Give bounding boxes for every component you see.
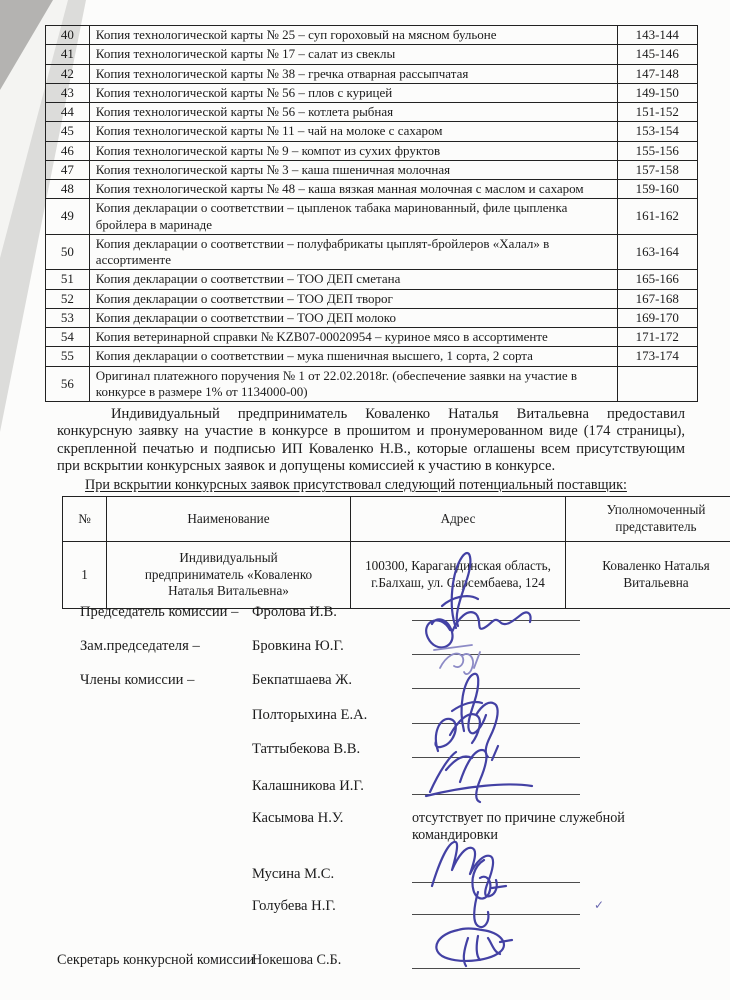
- row-pages: 155-156: [617, 141, 698, 160]
- row-pages: 167-168: [617, 289, 698, 308]
- row-description: Копия декларации о соответствии – ТОО ДЕ…: [89, 289, 617, 308]
- commission-role-label: Члены комиссии –: [80, 672, 252, 689]
- row-number: 42: [46, 64, 90, 83]
- row-number: 41: [46, 45, 90, 64]
- member-name: Мусина М.С.: [252, 866, 412, 883]
- table-row: 49Копия декларации о соответствии – цыпл…: [46, 199, 698, 235]
- member-name: Полторыхина Е.А.: [252, 707, 412, 724]
- row-description: Копия технологической карты № 11 – чай н…: [89, 122, 617, 141]
- row-number: 54: [46, 328, 90, 347]
- row-number: 53: [46, 308, 90, 327]
- table-row: 48Копия технологической карты № 48 – каш…: [46, 180, 698, 199]
- table-row: 46Копия технологической карты № 9 – комп…: [46, 141, 698, 160]
- member-name: Касымова Н.У.: [252, 810, 412, 827]
- row-description: Копия декларации о соответствии – ТОО ДЕ…: [89, 308, 617, 327]
- table-row: 56Оригинал платежного поручения № 1 от 2…: [46, 366, 698, 402]
- member-name: Таттыбекова В.В.: [252, 741, 412, 758]
- header-representative: Уполномоченный представитель: [566, 497, 730, 542]
- member-name: Калашникова И.Г.: [252, 778, 412, 795]
- member-name: Бекпатшаева Ж.: [252, 672, 412, 689]
- row-pages: 149-150: [617, 83, 698, 102]
- row-number: 51: [46, 270, 90, 289]
- table-row: 47Копия технологической карты № 3 – каша…: [46, 160, 698, 179]
- member-name: Фролова И.В.: [252, 604, 412, 621]
- row-pages: 145-146: [617, 45, 698, 64]
- table-row: 45Копия технологической карты № 11 – чай…: [46, 122, 698, 141]
- header-number: №: [63, 497, 107, 542]
- commission-role-label: Председатель комиссии –: [80, 604, 252, 621]
- row-description: Копия технологической карты № 56 – плов …: [89, 83, 617, 102]
- supplier-header-row: № Наименование Адрес Уполномоченный пред…: [63, 497, 730, 542]
- member-name: Бровкина Ю.Г.: [252, 638, 412, 655]
- row-number: 56: [46, 366, 90, 402]
- table-row: 54Копия ветеринарной справки № KZB07-000…: [46, 328, 698, 347]
- row-description: Копия декларации о соответствии – мука п…: [89, 347, 617, 366]
- row-number: 47: [46, 160, 90, 179]
- row-number: 40: [46, 26, 90, 45]
- member-name: Голубева Н.Г.: [252, 898, 412, 915]
- row-description: Копия декларации о соответствии – цыплен…: [89, 199, 617, 235]
- supplier-representative: Коваленко Наталья Витальевна: [566, 542, 730, 609]
- row-description: Копия технологической карты № 9 – компот…: [89, 141, 617, 160]
- handwritten-signature: [412, 718, 580, 808]
- signature-line: [412, 774, 580, 795]
- row-number: 46: [46, 141, 90, 160]
- signature-row-secretary: Секретарь конкурсной комиссии Нокешова С…: [57, 947, 580, 969]
- row-number: 49: [46, 199, 90, 235]
- row-pages: 161-162: [617, 199, 698, 235]
- signature-row-member: Калашникова И.Г.: [80, 773, 580, 795]
- row-description: Копия технологической карты № 3 – каша п…: [89, 160, 617, 179]
- table-row: 41Копия технологической карты № 17 – сал…: [46, 45, 698, 64]
- row-description: Копия ветеринарной справки № KZB07-00020…: [89, 328, 617, 347]
- row-description: Копия декларации о соответствии – полуфа…: [89, 234, 617, 270]
- row-number: 48: [46, 180, 90, 199]
- row-description: Оригинал платежного поручения № 1 от 22.…: [89, 366, 617, 402]
- row-number: 50: [46, 234, 90, 270]
- commission-role-label: Зам.председателя –: [80, 638, 252, 655]
- handwritten-signature: [412, 892, 580, 982]
- suppliers-intro-line: При вскрытии конкурсных заявок присутств…: [85, 477, 695, 494]
- documents-table: 40Копия технологической карты № 25 – суп…: [45, 25, 698, 402]
- table-row: 53Копия декларации о соответствии – ТОО …: [46, 308, 698, 327]
- table-row: 44Копия технологической карты № 56 – кот…: [46, 103, 698, 122]
- table-row: 52Копия декларации о соответствии – ТОО …: [46, 289, 698, 308]
- row-pages: 143-144: [617, 26, 698, 45]
- secretary-name: Нокешова С.Б.: [252, 952, 412, 969]
- supplier-table: № Наименование Адрес Уполномоченный пред…: [62, 496, 730, 609]
- table-row: 43Копия технологической карты № 56 – пло…: [46, 83, 698, 102]
- table-row: 50Копия декларации о соответствии – полу…: [46, 234, 698, 270]
- scanned-document-page: 40Копия технологической карты № 25 – суп…: [0, 0, 730, 1000]
- table-row: 51Копия декларации о соответствии – ТОО …: [46, 270, 698, 289]
- row-pages: 157-158: [617, 160, 698, 179]
- header-name: Наименование: [107, 497, 351, 542]
- row-description: Копия технологической карты № 48 – каша …: [89, 180, 617, 199]
- checkmark: ✓: [594, 898, 604, 915]
- row-description: Копия декларации о соответствии – ТОО ДЕ…: [89, 270, 617, 289]
- row-pages: 169-170: [617, 308, 698, 327]
- row-pages: 147-148: [617, 64, 698, 83]
- row-number: 52: [46, 289, 90, 308]
- row-pages: 171-172: [617, 328, 698, 347]
- row-pages: 153-154: [617, 122, 698, 141]
- row-description: Копия технологической карты № 38 – гречк…: [89, 64, 617, 83]
- header-address: Адрес: [351, 497, 566, 542]
- row-number: 55: [46, 347, 90, 366]
- row-pages: 163-164: [617, 234, 698, 270]
- application-summary-paragraph: Индивидуальный предприниматель Коваленко…: [57, 406, 685, 476]
- row-number: 44: [46, 103, 90, 122]
- table-row: 40Копия технологической карты № 25 – суп…: [46, 26, 698, 45]
- row-pages: 165-166: [617, 270, 698, 289]
- row-pages: 151-152: [617, 103, 698, 122]
- table-row: 42Копия технологической карты № 38 – гре…: [46, 64, 698, 83]
- table-row: 55Копия декларации о соответствии – мука…: [46, 347, 698, 366]
- row-pages: [617, 366, 698, 402]
- row-pages: 173-174: [617, 347, 698, 366]
- row-description: Копия технологической карты № 17 – салат…: [89, 45, 617, 64]
- row-number: 43: [46, 83, 90, 102]
- signature-line: [412, 948, 580, 969]
- secretary-role-label: Секретарь конкурсной комиссии: [57, 952, 252, 969]
- row-description: Копия технологической карты № 25 – суп г…: [89, 26, 617, 45]
- row-pages: 159-160: [617, 180, 698, 199]
- row-number: 45: [46, 122, 90, 141]
- row-description: Копия технологической карты № 56 – котле…: [89, 103, 617, 122]
